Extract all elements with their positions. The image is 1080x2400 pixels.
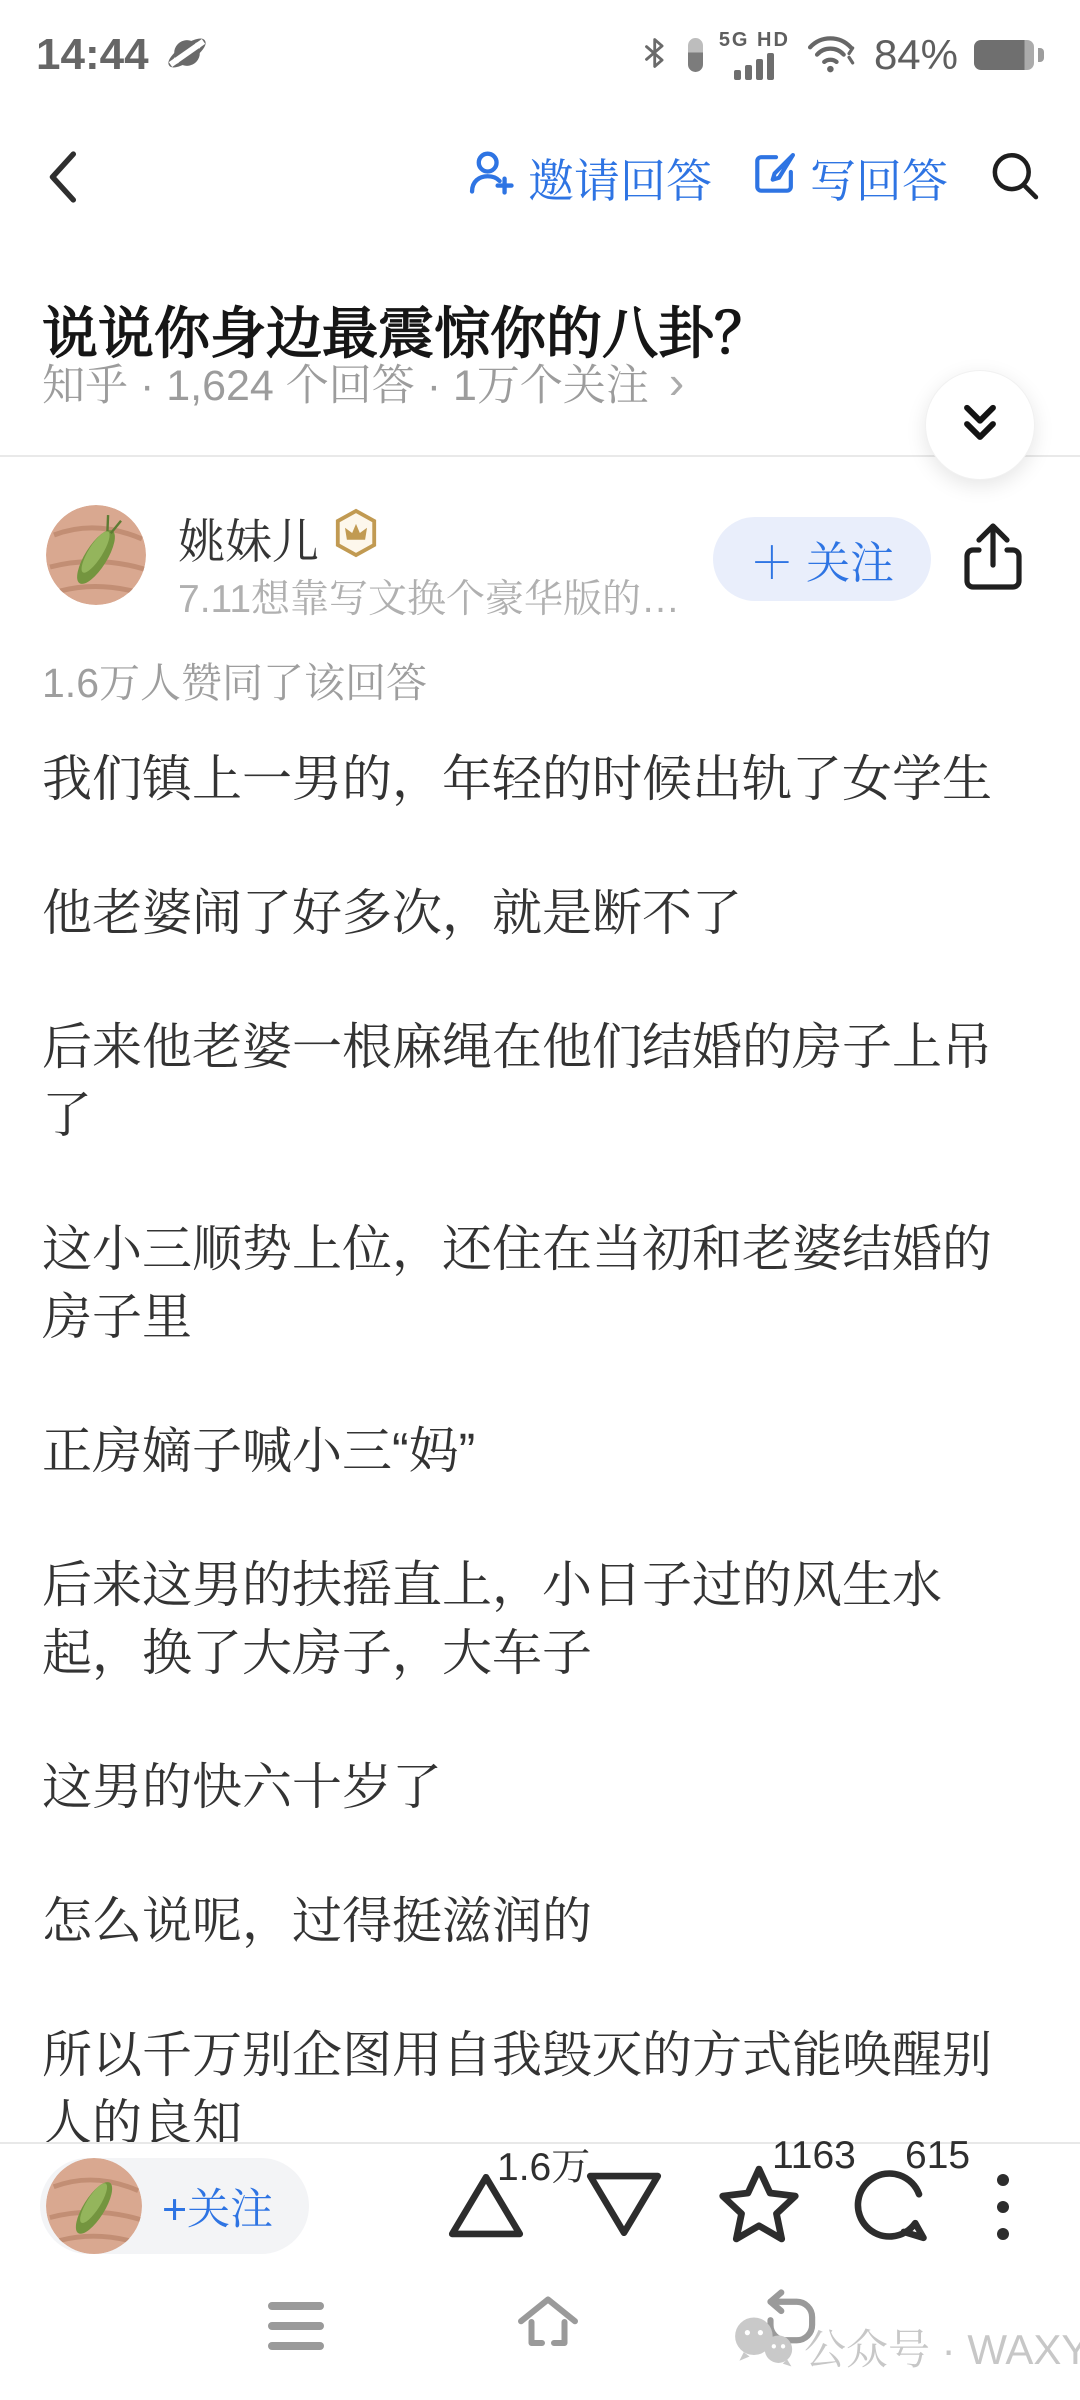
write-answer-label: 写回答 (810, 145, 948, 211)
gold-medal-badge-icon (333, 508, 379, 569)
home-button[interactable] (512, 2288, 584, 2359)
comment-count: 615 (905, 2134, 970, 2178)
invite-answer-button[interactable]: 邀请回答 (466, 145, 712, 211)
collapse-question-button[interactable] (925, 370, 1035, 480)
watermark: 公众号 · WAXYH88 (732, 2316, 1080, 2378)
more-options-button[interactable] (996, 2172, 1010, 2245)
recents-button[interactable] (268, 2302, 324, 2350)
back-button[interactable] (40, 144, 90, 213)
action-bar-follow-label: +关注 (162, 2176, 273, 2237)
endorsement-count: 1.6万人赞同了该回答 (42, 650, 427, 709)
bluetooth-icon (638, 31, 672, 80)
chevron-right-icon: › (669, 361, 684, 404)
question-meta-text: 知乎 · 1,624 个回答 · 1万个关注 (42, 352, 649, 413)
question-meta[interactable]: 知乎 · 1,624 个回答 · 1万个关注 › (42, 352, 684, 413)
watermark-text: 公众号 · WAXYH88 (804, 2317, 1080, 2377)
answer-paragraph: 他老婆闹了好多次，就是断不了 (42, 879, 1032, 947)
status-bar: 14:44 5G HD (0, 0, 1080, 100)
battery-percent: 84% (874, 31, 958, 79)
follow-author-button[interactable]: ＋ 关注 (713, 517, 931, 601)
author-name-row[interactable]: 姚妹儿 (178, 505, 379, 572)
share-icon (957, 519, 1029, 598)
write-answer-button[interactable]: 写回答 (750, 145, 948, 211)
author-avatar[interactable] (46, 505, 146, 605)
answer-paragraph: 怎么说呢，过得挺滋润的 (42, 1887, 1032, 1955)
header-divider (0, 455, 1080, 457)
cell-signal-icon: 5G HD (719, 30, 790, 80)
answer-paragraph: 正房嫡子喊小三“妈” (42, 1417, 1032, 1485)
battery-icon (974, 40, 1034, 70)
person-add-icon (466, 147, 518, 210)
invite-answer-label: 邀请回答 (528, 145, 712, 211)
downvote-button[interactable] (583, 2168, 665, 2245)
author-avatar-small (46, 2158, 142, 2254)
answer-paragraph: 后来这男的扶摇直上，小日子过的风生水起，换了大房子，大车子 (42, 1551, 1032, 1687)
answer-paragraph: 这小三顺势上位，还住在当初和老婆结婚的房子里 (42, 1215, 1032, 1351)
double-chevron-down-icon (954, 398, 1006, 453)
answer-paragraph: 后来他老婆一根麻绳在他们结婚的房子上吊了 (42, 1013, 1032, 1149)
answer-paragraph: 这男的快六十岁了 (42, 1753, 1032, 1821)
action-bar: +关注 1.6万 1163 615 (0, 2142, 1080, 2268)
follow-author-label: ＋ 关注 (750, 527, 894, 591)
answer-body: 我们镇上一男的，年轻的时候出轨了女学生 他老婆闹了好多次，就是断不了 后来他老婆… (42, 745, 1032, 2223)
data-saver-icon (165, 31, 209, 80)
earbud-battery-icon (688, 38, 703, 72)
favorite-count: 1163 (772, 2134, 856, 2178)
action-bar-follow-button[interactable]: +关注 (40, 2158, 309, 2254)
answer-paragraph: 我们镇上一男的，年轻的时候出轨了女学生 (42, 745, 1032, 813)
upvote-count: 1.6万 (497, 2136, 590, 2192)
wechat-icon (732, 2316, 796, 2378)
author-name: 姚妹儿 (178, 505, 319, 572)
system-nav-bar: 公众号 · WAXYH88 (0, 2266, 1080, 2400)
search-button[interactable] (986, 148, 1044, 209)
clock: 14:44 (36, 30, 149, 80)
nav-bar: 邀请回答 写回答 (0, 118, 1080, 238)
edit-icon (750, 148, 800, 209)
author-bio: 7.11想靠写文换个豪华版的… (178, 568, 680, 624)
wifi-icon (806, 30, 858, 81)
share-button[interactable] (955, 518, 1031, 598)
